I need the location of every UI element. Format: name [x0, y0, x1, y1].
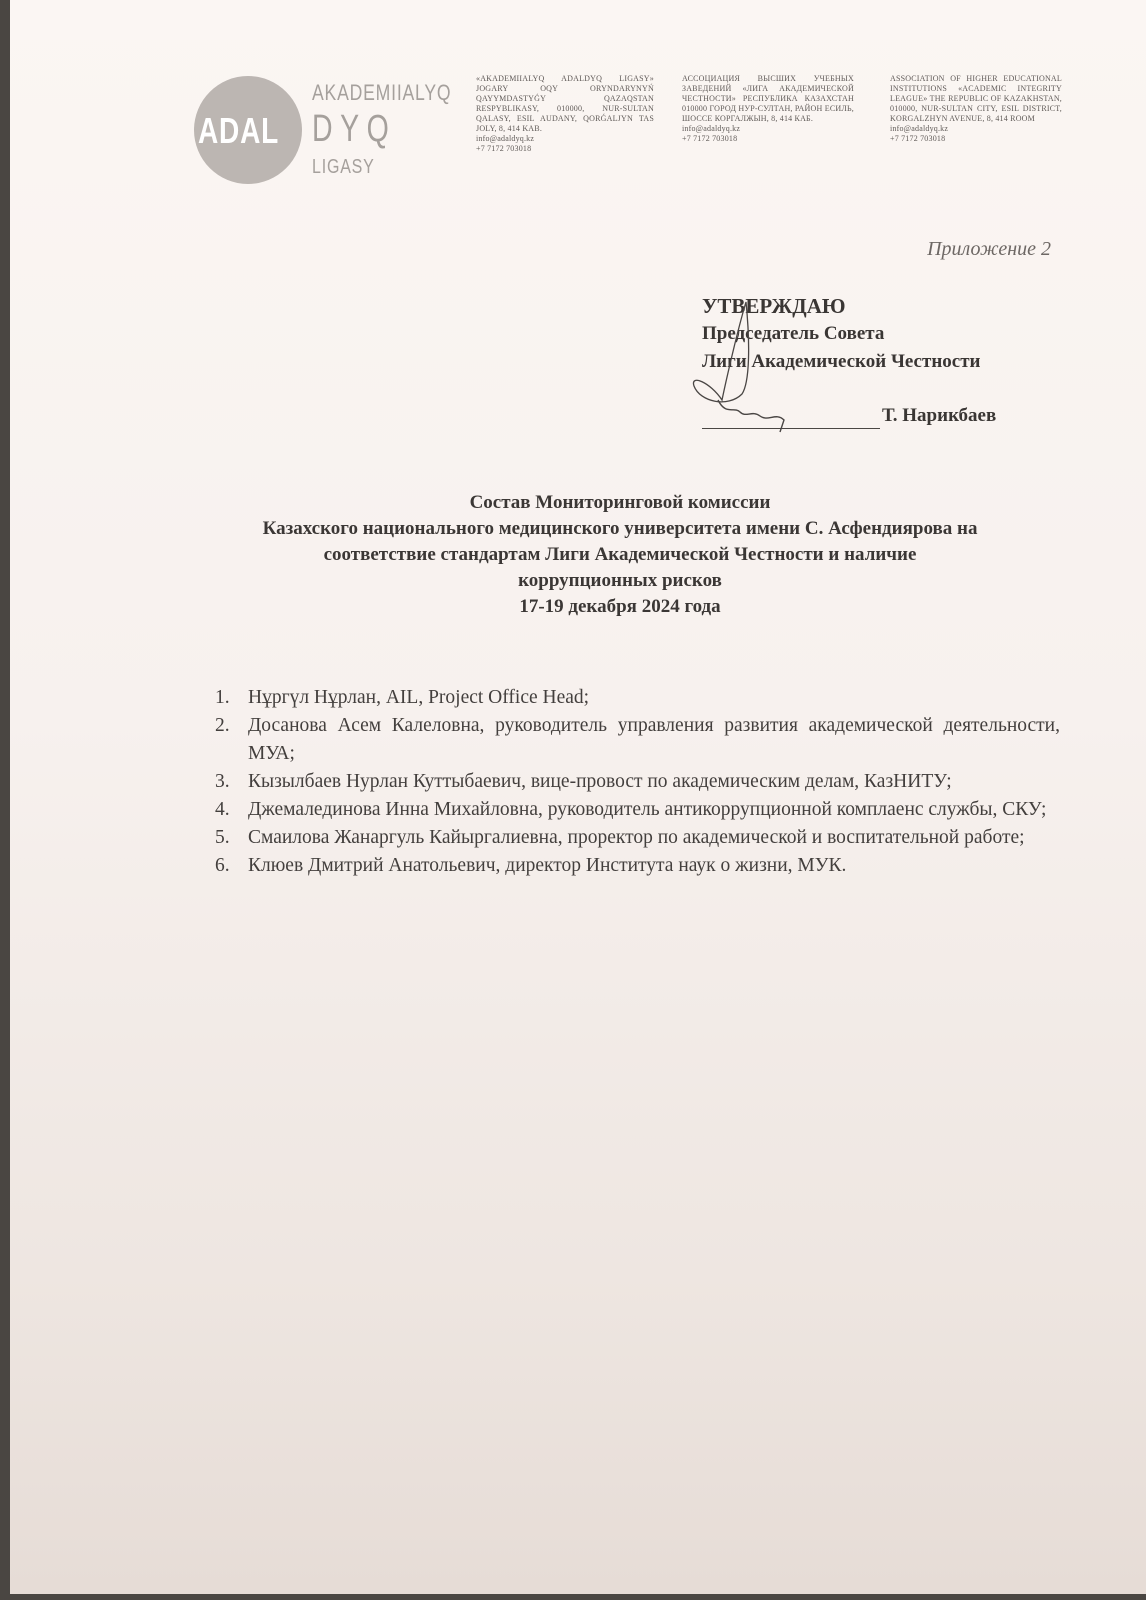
member-text: Смаилова Жанаргуль Кайыргалиевна, прорек… — [248, 827, 1025, 848]
signer-name: Т. Нарикбаев — [882, 405, 996, 427]
list-item: 3.Кызылбаев Нурлан Куттыбаевич, вице-про… — [210, 768, 1060, 796]
list-item: 4.Джемалединова Инна Михайловна, руковод… — [210, 796, 1060, 824]
letterhead-en-email: info@adaldyq.kz — [890, 124, 1062, 134]
title-line-3: соответствие стандартам Лиги Академическ… — [180, 542, 1060, 568]
letterhead-english: ASSOCIATION OF HIGHER EDUCATIONAL INSTIT… — [890, 74, 1062, 144]
letterhead-ru-address: АССОЦИАЦИЯ ВЫСШИХ УЧЕБНЫХ ЗАВЕДЕНИЙ «ЛИГ… — [682, 74, 854, 124]
member-text: Клюев Дмитрий Анатольевич, директор Инст… — [248, 855, 846, 876]
letterhead-en-phone: +7 7172 703018 — [890, 134, 1062, 144]
commission-members-list: 1.Нұргүл Нұрлан, AIL, Project Office Hea… — [210, 684, 1060, 880]
letterhead-ru-phone: +7 7172 703018 — [682, 134, 854, 144]
list-item: 5.Смаилова Жанаргуль Кайыргалиевна, прор… — [210, 824, 1060, 852]
logo-line-2: DYQ — [312, 108, 396, 151]
letterhead-kz-address: «AKADEMIIALYQ ADALDYQ LIGASY» JOGARY OQY… — [476, 74, 654, 134]
document-title: Состав Мониторинговой комиссии Казахског… — [180, 490, 1060, 620]
title-line-1: Состав Мониторинговой комиссии — [180, 490, 1060, 516]
title-line-4: коррупционных рисков — [180, 568, 1060, 594]
logo-mark: ADAL — [198, 110, 290, 152]
title-date: 17-19 декабря 2024 года — [180, 594, 1060, 620]
adal-dyq-logo: ADAL AKADEMIIALYQ DYQ LIGASY — [194, 76, 454, 188]
member-text: Кызылбаев Нурлан Куттыбаевич, вице-прово… — [248, 771, 952, 792]
letterhead-kz-phone: +7 7172 703018 — [476, 144, 654, 154]
list-item: 2.Досанова Асем Калеловна, руководитель … — [210, 712, 1060, 768]
title-line-2: Казахского национального медицинского ун… — [180, 516, 1060, 542]
letterhead-kz-email: info@adaldyq.kz — [476, 134, 654, 144]
logo-line-1: AKADEMIIALYQ — [312, 80, 451, 106]
member-text: Нұргүл Нұрлан, AIL, Project Office Head; — [248, 687, 589, 708]
list-item: 1.Нұргүл Нұрлан, AIL, Project Office Hea… — [210, 684, 1060, 712]
letterhead-kazakh: «AKADEMIIALYQ ADALDYQ LIGASY» JOGARY OQY… — [476, 74, 654, 154]
letterhead-ru-email: info@adaldyq.kz — [682, 124, 854, 134]
letterhead-russian: АССОЦИАЦИЯ ВЫСШИХ УЧЕБНЫХ ЗАВЕДЕНИЙ «ЛИГ… — [682, 74, 854, 144]
annex-label: Приложение 2 — [927, 238, 1051, 261]
document-page: ADAL AKADEMIIALYQ DYQ LIGASY «AKADEMIIAL… — [10, 0, 1146, 1594]
handwritten-signature-icon — [680, 282, 820, 442]
member-text: Джемалединова Инна Михайловна, руководит… — [248, 799, 1046, 820]
letterhead-en-address: ASSOCIATION OF HIGHER EDUCATIONAL INSTIT… — [890, 74, 1062, 124]
member-text: Досанова Асем Калеловна, руководитель уп… — [248, 715, 1060, 764]
list-item: 6.Клюев Дмитрий Анатольевич, директор Ин… — [210, 852, 1060, 880]
logo-line-3: LIGASY — [312, 156, 375, 179]
